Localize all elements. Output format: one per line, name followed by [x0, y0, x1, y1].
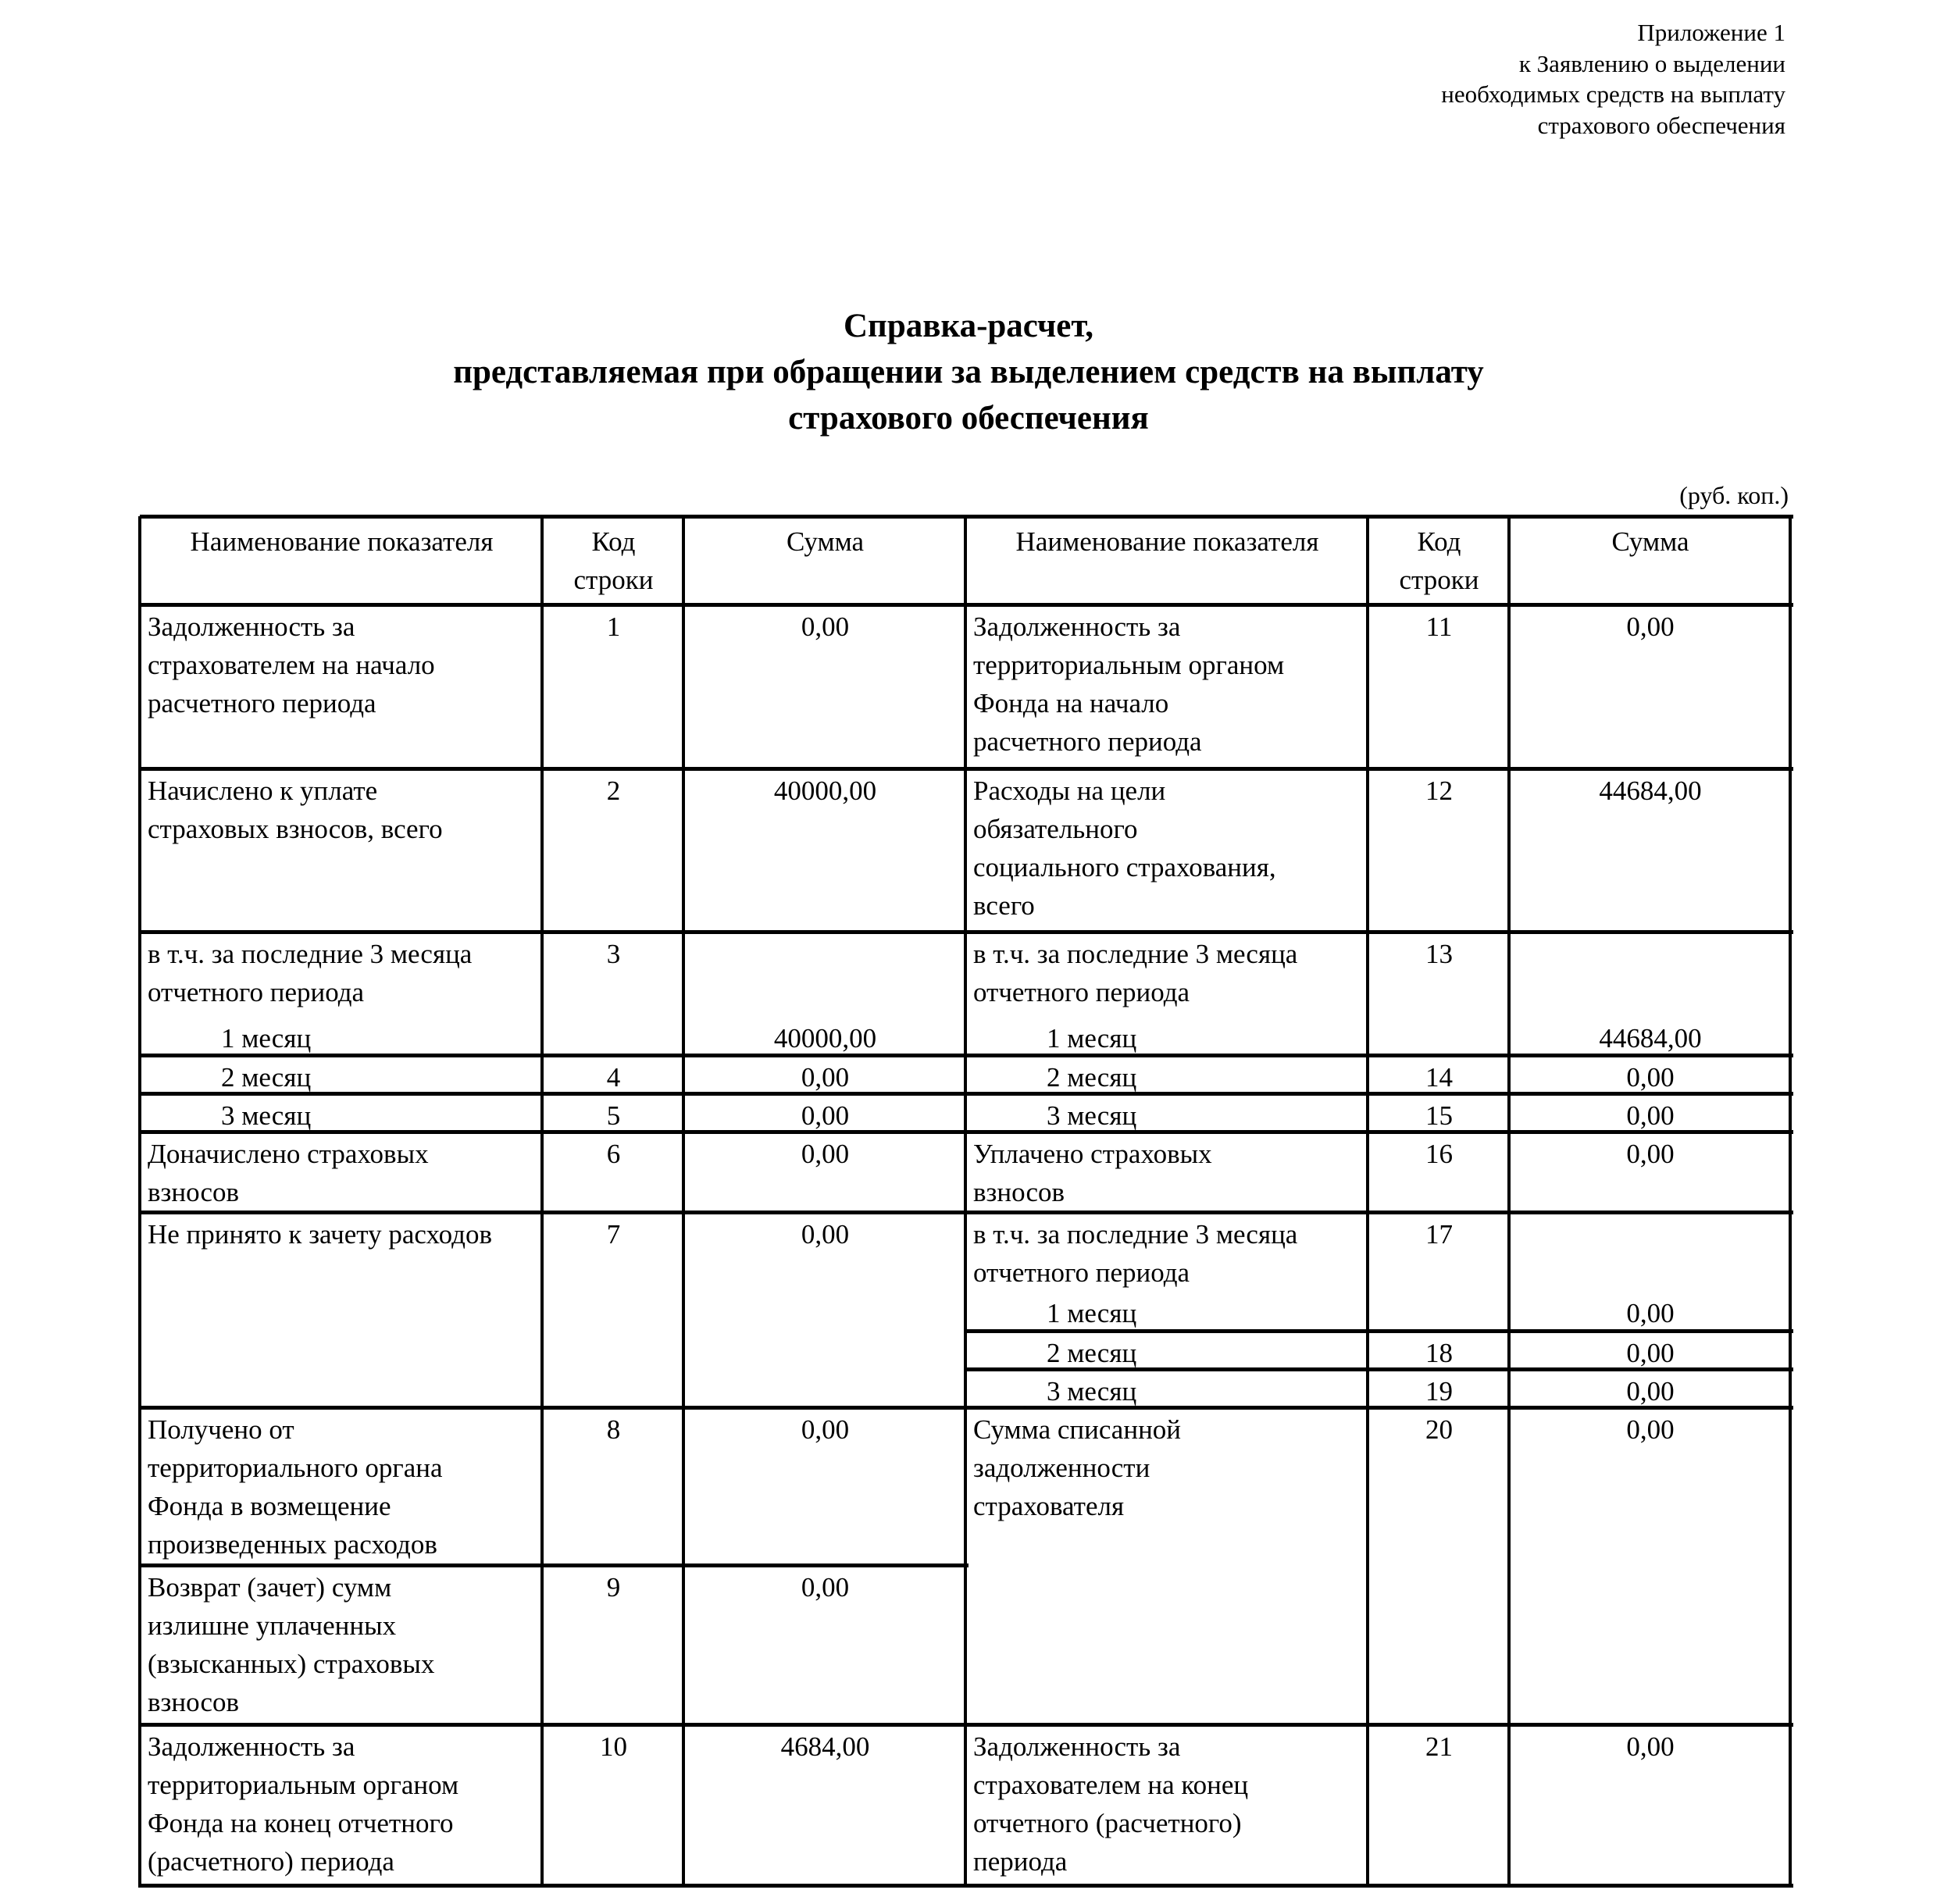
row-sum-r20: 0,00 [1512, 1410, 1789, 1449]
row-name-r2: Начислено к уплате страховых взносов, вс… [143, 772, 540, 848]
row-code-r5: 5 [545, 1096, 682, 1135]
row-sub-r3: 1 месяц [143, 1019, 540, 1057]
row-name-r1: Задолженность за страхователем на начало… [143, 608, 540, 722]
row-code-r1: 1 [545, 608, 682, 646]
header-name: Наименование показателя [968, 522, 1366, 561]
table-rule [1789, 516, 1792, 1888]
table-rule [682, 516, 685, 1888]
table-rule [138, 516, 141, 1888]
row-sub-r17: 1 месяц [968, 1294, 1366, 1332]
title-line: страхового обеспечения [0, 395, 1937, 441]
row-sum-r21: 0,00 [1512, 1728, 1789, 1766]
table-rule [964, 516, 967, 1888]
table-rule [1507, 516, 1511, 1888]
row-code-r20: 20 [1371, 1410, 1507, 1449]
row-sum-r16: 0,00 [1512, 1135, 1789, 1173]
table-rule [140, 1723, 1793, 1727]
row-code-r9: 9 [545, 1568, 682, 1606]
row-name-r8: Получено от территориального органа Фонд… [143, 1410, 540, 1563]
row-code-r13: 13 [1371, 935, 1507, 973]
row-sum-r15: 0,00 [1512, 1096, 1789, 1135]
row-sum-r9: 0,00 [687, 1568, 964, 1606]
row-name-r5: 3 месяц [143, 1096, 540, 1135]
row-sum-r12: 44684,00 [1512, 772, 1789, 810]
row-name-r21: Задолженность за страхователем на конец … [968, 1728, 1366, 1881]
header-sum: Сумма [687, 522, 964, 561]
row-code-r8: 8 [545, 1410, 682, 1449]
row-code-r10: 10 [545, 1728, 682, 1766]
appendix-line: Приложение 1 [1441, 17, 1785, 48]
row-name-r20: Сумма списанной задолженности страховате… [968, 1410, 1366, 1525]
table-rule [140, 1884, 1793, 1888]
appendix-line: необходимых средств на выплату [1441, 79, 1785, 110]
row-code-r4: 4 [545, 1058, 682, 1096]
row-name-r10: Задолженность за территориальным органом… [143, 1728, 540, 1881]
calculation-table: Наименование показателяКод строкиСуммаНа… [140, 516, 1790, 1885]
header-sum: Сумма [1512, 522, 1789, 561]
row-code-r7: 7 [545, 1215, 682, 1253]
row-name-r4: 2 месяц [143, 1058, 540, 1096]
row-sum-r10: 4684,00 [687, 1728, 964, 1766]
row-name-r15: 3 месяц [968, 1096, 1366, 1135]
row-sum-r4: 0,00 [687, 1058, 964, 1096]
row-name-r9: Возврат (зачет) сумм излишне уплаченных … [143, 1568, 540, 1721]
row-code-r18: 18 [1371, 1334, 1507, 1372]
appendix-line: страхового обеспечения [1441, 110, 1785, 141]
row-code-r16: 16 [1371, 1135, 1507, 1173]
row-name-r6: Доначислено страховых взносов [143, 1135, 540, 1211]
row-code-r15: 15 [1371, 1096, 1507, 1135]
row-code-r19: 19 [1371, 1372, 1507, 1410]
row-name-r18: 2 месяц [968, 1334, 1366, 1372]
row-code-r17: 17 [1371, 1215, 1507, 1253]
row-sum-r5: 0,00 [687, 1096, 964, 1135]
header-code: Код строки [1371, 522, 1507, 599]
table-rule [140, 515, 1793, 519]
row-sum-r17: 0,00 [1512, 1294, 1789, 1332]
row-name-r7: Не принято к зачету расходов [143, 1215, 540, 1253]
row-sum-r14: 0,00 [1512, 1058, 1789, 1096]
row-sub-r13: 1 месяц [968, 1019, 1366, 1057]
row-code-r21: 21 [1371, 1728, 1507, 1766]
row-name-r16: Уплачено страховых взносов [968, 1135, 1366, 1211]
row-name-r13: в т.ч. за последние 3 месяца отчетного п… [968, 935, 1366, 1011]
row-sum-r6: 0,00 [687, 1135, 964, 1173]
row-name-r19: 3 месяц [968, 1372, 1366, 1410]
table-rule [540, 516, 544, 1888]
row-code-r14: 14 [1371, 1058, 1507, 1096]
row-sum-r7: 0,00 [687, 1215, 964, 1253]
appendix-note: Приложение 1 к Заявлению о выделении нео… [1441, 17, 1785, 141]
header-name: Наименование показателя [143, 522, 540, 561]
table-rule [140, 1563, 968, 1567]
row-name-r3: в т.ч. за последние 3 месяца отчетного п… [143, 935, 540, 1011]
table-rule [1366, 516, 1369, 1888]
document-title: Справка-расчет, представляемая при обращ… [0, 303, 1937, 441]
table-rule [140, 930, 1793, 934]
row-code-r12: 12 [1371, 772, 1507, 810]
units-label: (руб. коп.) [1679, 480, 1789, 511]
row-name-r17: в т.ч. за последние 3 месяца отчетного п… [968, 1215, 1366, 1292]
row-sum-r1: 0,00 [687, 608, 964, 646]
row-name-r12: Расходы на цели обязательного социальног… [968, 772, 1366, 925]
title-line: представляемая при обращении за выделени… [0, 349, 1937, 395]
row-code-r11: 11 [1371, 608, 1507, 646]
table-rule [140, 603, 1793, 607]
row-sum-r19: 0,00 [1512, 1372, 1789, 1410]
table-rule [140, 767, 1793, 771]
row-code-r3: 3 [545, 935, 682, 973]
appendix-line: к Заявлению о выделении [1441, 48, 1785, 80]
row-sum-r11: 0,00 [1512, 608, 1789, 646]
row-sum-r13: 44684,00 [1512, 1019, 1789, 1057]
row-code-r2: 2 [545, 772, 682, 810]
row-sum-r3: 40000,00 [687, 1019, 964, 1057]
row-name-r14: 2 месяц [968, 1058, 1366, 1096]
row-sum-r8: 0,00 [687, 1410, 964, 1449]
header-code: Код строки [545, 522, 682, 599]
row-sum-r2: 40000,00 [687, 772, 964, 810]
row-code-r6: 6 [545, 1135, 682, 1173]
row-name-r11: Задолженность за территориальным органом… [968, 608, 1366, 761]
row-sum-r18: 0,00 [1512, 1334, 1789, 1372]
title-line: Справка-расчет, [0, 303, 1937, 349]
